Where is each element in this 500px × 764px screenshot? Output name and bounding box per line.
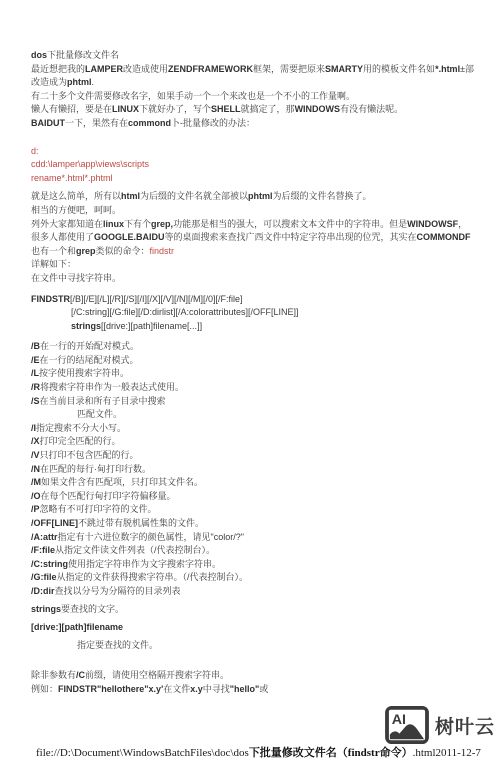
text-segment: 在文件 bbox=[163, 684, 190, 694]
emphasis-text: /B bbox=[31, 341, 40, 351]
emphasis-text: /X bbox=[31, 436, 40, 446]
text-segment: rename*.html*.phtml bbox=[31, 173, 113, 183]
text-segment: 在当前目录和所有子目录中搜索 bbox=[40, 396, 166, 406]
spacer bbox=[31, 333, 476, 340]
emphasis-text: /E bbox=[31, 355, 40, 365]
emphasis-text: /OFF[LINE] bbox=[31, 518, 78, 528]
command-line: rename*.html*.phtml bbox=[31, 172, 476, 186]
text-segment: .html2011-12-7 bbox=[413, 747, 481, 759]
text-segment: 下批量修改文件名 bbox=[47, 50, 119, 60]
logo-text: 树叶云 bbox=[435, 712, 495, 739]
text-line: /R将搜索字符串作为一般表达式使用。 bbox=[31, 381, 476, 395]
text-segment: [/C:string][/G:file][/D:dirlist][/A:colo… bbox=[71, 307, 299, 317]
emphasis-text: x.y bbox=[190, 684, 203, 694]
emphasis-text: *.html bbox=[435, 64, 460, 74]
emphasis-text: dos bbox=[31, 50, 47, 60]
text-segment: 在一行的结尾配对模式。 bbox=[40, 355, 139, 365]
text-line: BAIDUT一下，果然有在commond卜-批量修改的办法： bbox=[31, 117, 476, 131]
text-segment: 打印完全匹配的行。 bbox=[40, 436, 121, 446]
emphasis-text: /M bbox=[31, 477, 41, 487]
text-line: /N在匹配的每行·甸打印行数。 bbox=[31, 463, 476, 477]
emphasis-text: /C bbox=[76, 670, 85, 680]
text-segment: 就是这么简单，所有以 bbox=[31, 191, 121, 201]
emphasis-text: COMMONDF bbox=[417, 232, 471, 242]
emphasis-text: /F:file bbox=[31, 545, 55, 555]
text-segment: 例如： bbox=[31, 684, 58, 694]
text-segment: 指定要查找的文件。 bbox=[77, 640, 158, 650]
emphasis-text: [drive:][path]filename bbox=[31, 622, 123, 632]
text-segment: 将搜索字符串作为一般表达式使用。 bbox=[40, 382, 184, 392]
emphasis-text: FINDSTR"hellothere"x.y' bbox=[58, 684, 163, 694]
text-segment: 卜-批量修改的办法： bbox=[171, 118, 255, 128]
text-segment: [/B][/E][/L][/R][/S][/I][/X][/V][/N][/M]… bbox=[70, 294, 243, 304]
text-line: 匹配文件。 bbox=[31, 408, 476, 422]
text-line: 列外大家都知道在linux下有个grep,功能那是相当的强大，可以搜索文本文件中… bbox=[31, 218, 476, 259]
text-line: /L按字使用搜索字符串。 bbox=[31, 367, 476, 381]
emphasis-text: strings bbox=[31, 604, 61, 614]
text-line: dos下批量修改文件名 bbox=[31, 49, 476, 63]
text-segment: 用的模板文件名如 bbox=[363, 64, 435, 74]
emphasis-text: strings bbox=[71, 321, 101, 331]
text-segment: 指定有十六进位数字的颜色属性，请见"color/?" bbox=[58, 532, 244, 542]
text-segment: 等的桌面搜索来查找广西文件中特定字符串出现的位咒，其实在 bbox=[165, 232, 417, 242]
text-segment: 按字使用搜索字符串。 bbox=[39, 368, 129, 378]
text-segment: 相当的方便吧，呵呵。 bbox=[31, 205, 121, 215]
text-segment: 不跳过带有脱机属性集的文件。 bbox=[78, 518, 204, 528]
text-line: /S在当前目录和所有子目录中搜索 bbox=[31, 395, 476, 409]
text-segment: 查找以分号为分隔符的目录列表 bbox=[55, 586, 181, 596]
text-line: /M如果文件含有匹配项，只打印其文件名。 bbox=[31, 476, 476, 490]
emphasis-text: commond bbox=[128, 118, 171, 128]
emphasis-text: GOOGLE.BAIDU bbox=[94, 232, 165, 242]
text-segment: [[drive:][path]filename[...]] bbox=[101, 321, 202, 331]
text-segment: 改造成使用 bbox=[123, 64, 168, 74]
text-segment: 要查找的文字。 bbox=[61, 604, 124, 614]
text-line: 就是这么简单，所有以html为后缀的文件名就全部被以phtml为后缀的文件名替换… bbox=[31, 190, 476, 204]
text-line: /OFF[LINE]不跳过带有脱机属性集的文件。 bbox=[31, 517, 476, 531]
emphasis-text: ZENDFRAMEWORK bbox=[168, 64, 253, 74]
text-line: /O在每个匹配行甸打印字符偏移量。 bbox=[31, 490, 476, 504]
text-segment: 中寻找 bbox=[203, 684, 230, 694]
text-segment: 也有一个和 bbox=[31, 246, 76, 256]
text-segment: 为后缀的文件名替换了。 bbox=[273, 191, 372, 201]
text-segment: 在一行的开始配对模式。 bbox=[40, 341, 139, 351]
spacer bbox=[31, 286, 476, 293]
emphasis-text: 下批量修改文件名（findstr命令） bbox=[249, 747, 413, 759]
emphasis-text: SMARTY bbox=[325, 64, 363, 74]
emphasis-text: SHELL bbox=[211, 104, 241, 114]
text-segment: 为后缀的文件名就全部被以 bbox=[140, 191, 248, 201]
footer-file-path: file://D:\Document\WindowsBatchFiles\doc… bbox=[36, 744, 481, 760]
text-line: 指定要查找的文件。 bbox=[31, 639, 476, 653]
text-line: /A:attr指定有十六进位数字的颜色属性，请见"color/?" bbox=[31, 531, 476, 545]
emphasis-text: phtml bbox=[248, 191, 273, 201]
emphasis-text: FINDSTR bbox=[31, 294, 70, 304]
text-segment: 有没有懒法呢。 bbox=[340, 104, 403, 114]
text-segment: 匹配文件。 bbox=[77, 409, 122, 419]
emphasis-text: WINDOWSF bbox=[407, 219, 458, 229]
text-line: 最近想把我的LAMPER改造成使用ZENDFRAMEWORK框架，需要把原来SM… bbox=[31, 63, 476, 90]
text-segment: 忽略有不可打印字符的文件。 bbox=[40, 504, 157, 514]
emphasis-text: grep, bbox=[151, 219, 173, 229]
ai-image-logo-icon: AI bbox=[384, 705, 430, 745]
text-segment: 详解如下： bbox=[31, 259, 76, 269]
text-segment: 类似的命令： bbox=[96, 246, 150, 256]
text-segment: 功能那是相当的强大，可以搜索文本文件中的字符串。但是 bbox=[173, 219, 407, 229]
emphasis-text: /D:dir bbox=[31, 586, 55, 596]
text-line: [drive:][path]filename bbox=[31, 621, 476, 635]
highlight-text: findstr bbox=[150, 246, 175, 256]
command-line: cdd:\lamper\app\views\scripts bbox=[31, 158, 476, 172]
emphasis-text: /N bbox=[31, 464, 40, 474]
text-line: /D:dir查找以分号为分隔符的目录列表 bbox=[31, 585, 476, 599]
text-segment: 列外大家都知道在 bbox=[31, 219, 103, 229]
text-segment: . bbox=[92, 77, 95, 87]
emphasis-text: /G:file bbox=[31, 572, 57, 582]
text-segment: 一下，果然有在 bbox=[65, 118, 128, 128]
document-body: dos下批量修改文件名最近想把我的LAMPER改造成使用ZENDFRAMEWOR… bbox=[31, 49, 476, 697]
text-line: /V只打印不包含匹配的行。 bbox=[31, 449, 476, 463]
text-line: [/C:string][/G:file][/D:dirlist][/A:colo… bbox=[31, 306, 476, 320]
text-line: 在文件中寻找字符串。 bbox=[31, 272, 476, 286]
emphasis-text: /O bbox=[31, 491, 41, 501]
text-segment: 下就好办了，写个 bbox=[139, 104, 211, 114]
text-line: 除非参数有/C前缀，请使用空格隔开搜索字符串。 bbox=[31, 669, 476, 683]
emphasis-text: /S bbox=[31, 396, 40, 406]
text-line: FINDSTR[/B][/E][/L][/R][/S][/I][/X][/V][… bbox=[31, 293, 476, 307]
text-segment: 除非参数有 bbox=[31, 670, 76, 680]
text-segment: 下有个 bbox=[124, 219, 151, 229]
emphasis-text: LAMPER bbox=[85, 64, 123, 74]
text-line: /P忽略有不可打印字符的文件。 bbox=[31, 503, 476, 517]
svg-text:AI: AI bbox=[392, 712, 406, 728]
text-line: 详解如下： bbox=[31, 258, 476, 272]
emphasis-text: linux bbox=[103, 219, 124, 229]
text-segment: 或 bbox=[259, 684, 268, 694]
emphasis-text: html bbox=[121, 191, 140, 201]
text-segment: file://D:\Document\WindowsBatchFiles\doc… bbox=[36, 747, 249, 759]
spacer bbox=[31, 131, 476, 145]
text-segment: 框架，需要把原来 bbox=[253, 64, 325, 74]
text-segment: 在每个匹配行甸打印字符偏移量。 bbox=[41, 491, 176, 501]
page: { "page": { "colors": { "background": "#… bbox=[0, 0, 500, 764]
text-line: /F:file从指定文件读文件列表（/代表控制台）。 bbox=[31, 544, 476, 558]
text-line: /X打印完全匹配的行。 bbox=[31, 435, 476, 449]
text-segment: 指定搜索不分大小写。 bbox=[36, 423, 126, 433]
text-line: strings要查找的文字。 bbox=[31, 603, 476, 617]
emphasis-text: BAIDUT bbox=[31, 118, 65, 128]
text-segment: 有二十多个文件需要修改名字，如果手动一个一个来改也是一个不小的工作量啊。 bbox=[31, 91, 355, 101]
emphasis-text: /R bbox=[31, 382, 40, 392]
text-segment: 懒人有懒招，要是在 bbox=[31, 104, 112, 114]
emphasis-text: LINUX bbox=[112, 104, 139, 114]
emphasis-text: /V bbox=[31, 450, 40, 460]
text-line: 相当的方便吧，呵呵。 bbox=[31, 204, 476, 218]
text-segment: 前缀，请使用空格隔开搜索字符串。 bbox=[85, 670, 229, 680]
text-line: /E在一行的结尾配对模式。 bbox=[31, 354, 476, 368]
emphasis-text: /C:string bbox=[31, 559, 68, 569]
text-segment: 如果文件含有匹配项，只打印其文件名。 bbox=[41, 477, 203, 487]
text-segment: 只打印不包含匹配的行。 bbox=[40, 450, 139, 460]
spacer bbox=[31, 652, 476, 669]
text-line: /G:file从指定的文件获得搜索字符串。（/代表控制台）。 bbox=[31, 571, 476, 585]
text-segment: d: bbox=[31, 146, 39, 156]
watermark-logo: AI 树叶云 bbox=[382, 703, 497, 747]
emphasis-text: "hello" bbox=[230, 684, 260, 694]
text-line: /B在一行的开始配对模式。 bbox=[31, 340, 476, 354]
emphasis-text: WINDOWS bbox=[295, 104, 341, 114]
text-line: 例如：FINDSTR"hellothere"x.y'在文件x.y中寻找"hell… bbox=[31, 683, 476, 697]
text-line: /C:string使用指定字符串作为文字搜索字符串。 bbox=[31, 558, 476, 572]
text-segment: 就搞定了，那 bbox=[241, 104, 295, 114]
text-segment: 从指定的文件获得搜索字符串。（/代表控制台）。 bbox=[57, 572, 249, 582]
emphasis-text: /L bbox=[31, 368, 39, 378]
text-line: 有二十多个文件需要修改名字，如果手动一个一个来改也是一个不小的工作量啊。 bbox=[31, 90, 476, 104]
emphasis-text: /A:attr bbox=[31, 532, 58, 542]
text-line: 懒人有懒招，要是在LINUX下就好办了，写个SHELL就搞定了，那WINDOWS… bbox=[31, 103, 476, 117]
text-segment: 在匹配的每行·甸打印行数。 bbox=[40, 464, 151, 474]
text-line: strings[[drive:][path]filename[...]] bbox=[31, 320, 476, 334]
text-segment: 使用指定字符串作为文字搜索字符串。 bbox=[68, 559, 221, 569]
text-segment: 从指定文件读文件列表（/代表控制台）。 bbox=[55, 545, 215, 555]
emphasis-text: phtml bbox=[67, 77, 92, 87]
text-segment: cdd:\lamper\app\views\scripts bbox=[31, 159, 149, 169]
emphasis-text: grep bbox=[76, 246, 96, 256]
text-line: /I指定搜索不分大小写。 bbox=[31, 422, 476, 436]
text-segment: 最近想把我的 bbox=[31, 64, 85, 74]
text-segment: 在文件中寻找字符串。 bbox=[31, 273, 121, 283]
command-line: d: bbox=[31, 145, 476, 159]
emphasis-text: /P bbox=[31, 504, 40, 514]
